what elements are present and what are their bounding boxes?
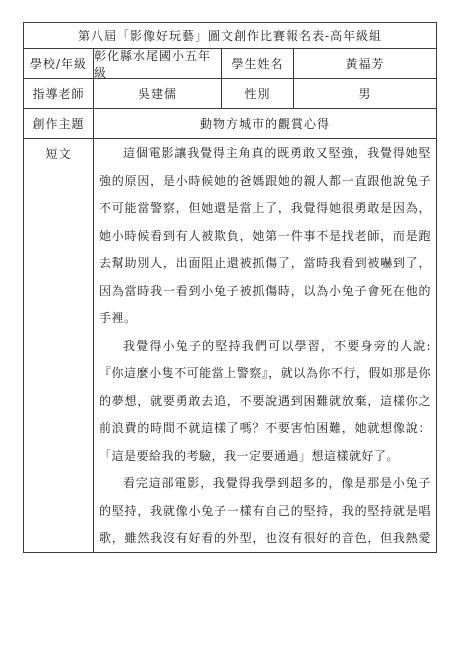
teacher-label: 指導老師: [24, 79, 94, 108]
gender-label: 性別: [222, 79, 294, 108]
topic-row: 創作主題 動物方城市的觀賞心得: [24, 109, 436, 139]
essay-body: 這個電影讓我覺得主角真的既勇敢又堅強，我覺得她堅強的原因，是小時候她的爸媽跟她的…: [94, 139, 436, 552]
topic-label: 創作主題: [24, 109, 94, 138]
school-grade-value: 彰化縣水尾國小五年級: [94, 49, 222, 78]
topic-value: 動物方城市的觀賞心得: [94, 109, 436, 138]
essay-paragraph-3: 看完這部電影，我覺得我學到超多的，像是那是小兔子的堅持，我就像小兔子一樣有自己的…: [99, 470, 431, 552]
gender-value: 男: [294, 79, 436, 108]
form-title-row: 第八屆「影像好玩藝」圖文創作比賽報名表-高年級組: [24, 23, 436, 49]
student-name-label: 學生姓名: [222, 49, 294, 78]
teacher-value: 吳建儒: [94, 79, 222, 108]
essay-paragraph-1: 這個電影讓我覺得主角真的既勇敢又堅強，我覺得她堅強的原因，是小時候她的爸媽跟她的…: [99, 140, 431, 333]
registration-form-page: 第八屆「影像好玩藝」圖文創作比賽報名表-高年級組 學校/年級 彰化縣水尾國小五年…: [0, 0, 458, 648]
student-name-value: 黃福芳: [294, 49, 436, 78]
essay-row: 短文 這個電影讓我覺得主角真的既勇敢又堅強，我覺得她堅強的原因，是小時候她的爸媽…: [24, 139, 436, 552]
school-name-row: 學校/年級 彰化縣水尾國小五年級 學生姓名 黃福芳: [24, 49, 436, 79]
essay-label: 短文: [24, 139, 94, 552]
teacher-gender-row: 指導老師 吳建儒 性別 男: [24, 79, 436, 109]
registration-form-table: 第八屆「影像好玩藝」圖文創作比賽報名表-高年級組 學校/年級 彰化縣水尾國小五年…: [23, 22, 437, 553]
form-title: 第八屆「影像好玩藝」圖文創作比賽報名表-高年級組: [24, 23, 436, 48]
essay-paragraph-2: 我覺得小兔子的堅持我們可以學習，不要身旁的人說:『你這麼小隻不可能當上警察』，就…: [99, 333, 431, 471]
school-grade-label: 學校/年級: [24, 49, 94, 78]
